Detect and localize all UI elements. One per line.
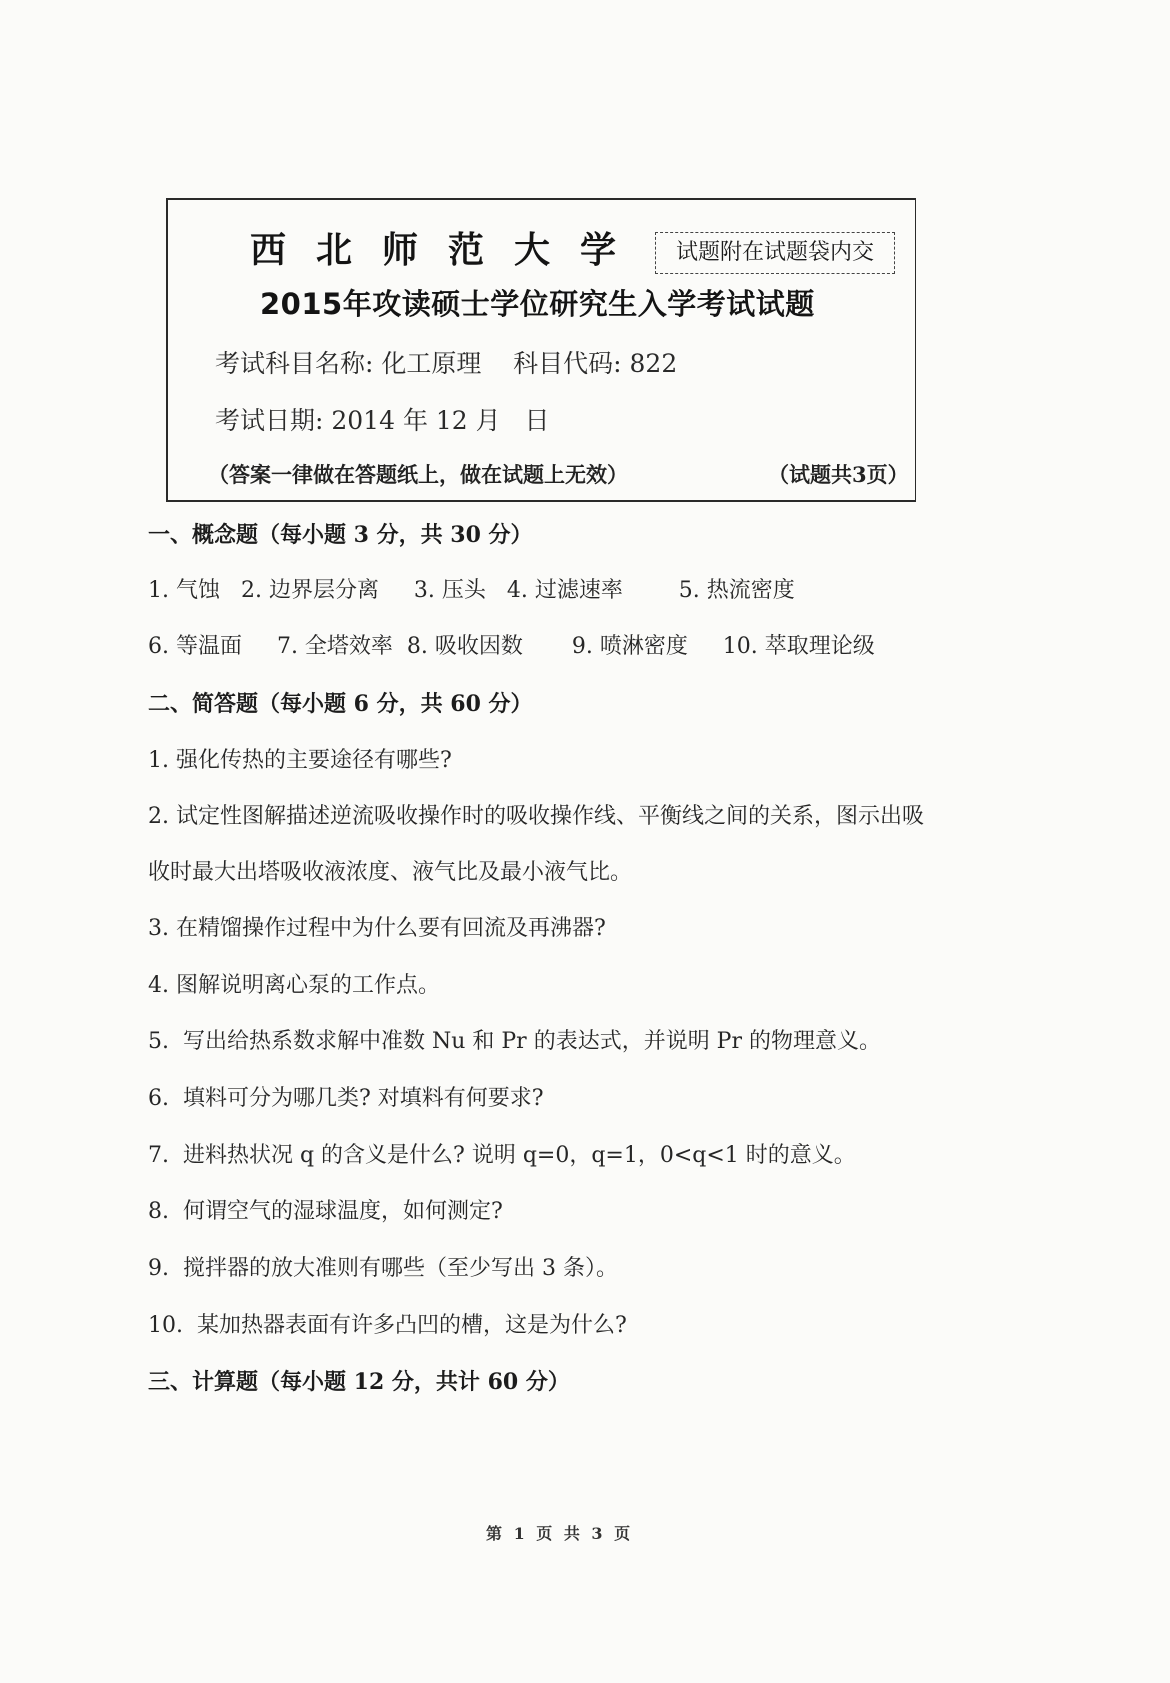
question-item: 9. 搅拌器的放大准则有哪些（至少写出 3 条）。 xyxy=(148,1251,618,1282)
university-name: 西北师范大学 xyxy=(250,222,646,273)
question-item: 6. 填料可分为哪几类? 对填料有何要求? xyxy=(148,1081,544,1112)
question-item: 7. 进料热状况 q 的含义是什么? 说明 q=0，q=1，0<q<1 时的意义… xyxy=(148,1138,856,1169)
exam-title: 2015年攻读硕士学位研究生入学考试试题 xyxy=(260,282,815,323)
notice-stamp: 试题附在试题袋内交 xyxy=(655,232,895,274)
page-number: 第 1 页 共 3 页 xyxy=(486,1521,633,1544)
concept-terms-line-2: 6. 等温面 7. 全塔效率 8. 吸收因数 9. 喷淋密度 10. 萃取理论级 xyxy=(148,629,875,660)
exam-page: 西北师范大学 试题附在试题袋内交 2015年攻读硕士学位研究生入学考试试题 考试… xyxy=(0,0,1170,1683)
question-item: 10. 某加热器表面有许多凸凹的槽，这是为什么? xyxy=(148,1308,627,1339)
question-item: 1. 强化传热的主要途径有哪些? xyxy=(148,743,452,774)
question-item: 2. 试定性图解描述逆流吸收操作时的吸收操作线、平衡线之间的关系，图示出吸 xyxy=(148,799,924,830)
exam-date-line: 考试日期: 2014 年 12 月 日 xyxy=(215,401,550,437)
question-item: 5. 写出给热系数求解中准数 Nu 和 Pr 的表达式，并说明 Pr 的物理意义… xyxy=(148,1024,881,1055)
question-item: 4. 图解说明离心泵的工作点。 xyxy=(148,968,440,999)
section-title-calculation: 三、计算题（每小题 12 分，共计 60 分） xyxy=(148,1365,570,1396)
question-item-continuation: 收时最大出塔吸收液浓度、液气比及最小液气比。 xyxy=(148,855,632,886)
answer-warning: （答案一律做在答题纸上，做在试题上无效） xyxy=(208,459,628,489)
question-item: 3. 在精馏操作过程中为什么要有回流及再沸器? xyxy=(148,911,606,942)
subject-line: 考试科目名称: 化工原理 科目代码: 822 xyxy=(215,344,677,380)
section-title-short-answer: 二、简答题（每小题 6 分，共 60 分） xyxy=(148,687,533,718)
question-item: 8. 何谓空气的湿球温度，如何测定? xyxy=(148,1194,503,1225)
section-title-concepts: 一、概念题（每小题 3 分，共 30 分） xyxy=(148,518,533,549)
concept-terms-line-1: 1. 气蚀 2. 边界层分离 3. 压头 4. 过滤速率 5. 热流密度 xyxy=(148,573,795,604)
total-pages-note: （试题共3页） xyxy=(768,459,909,489)
